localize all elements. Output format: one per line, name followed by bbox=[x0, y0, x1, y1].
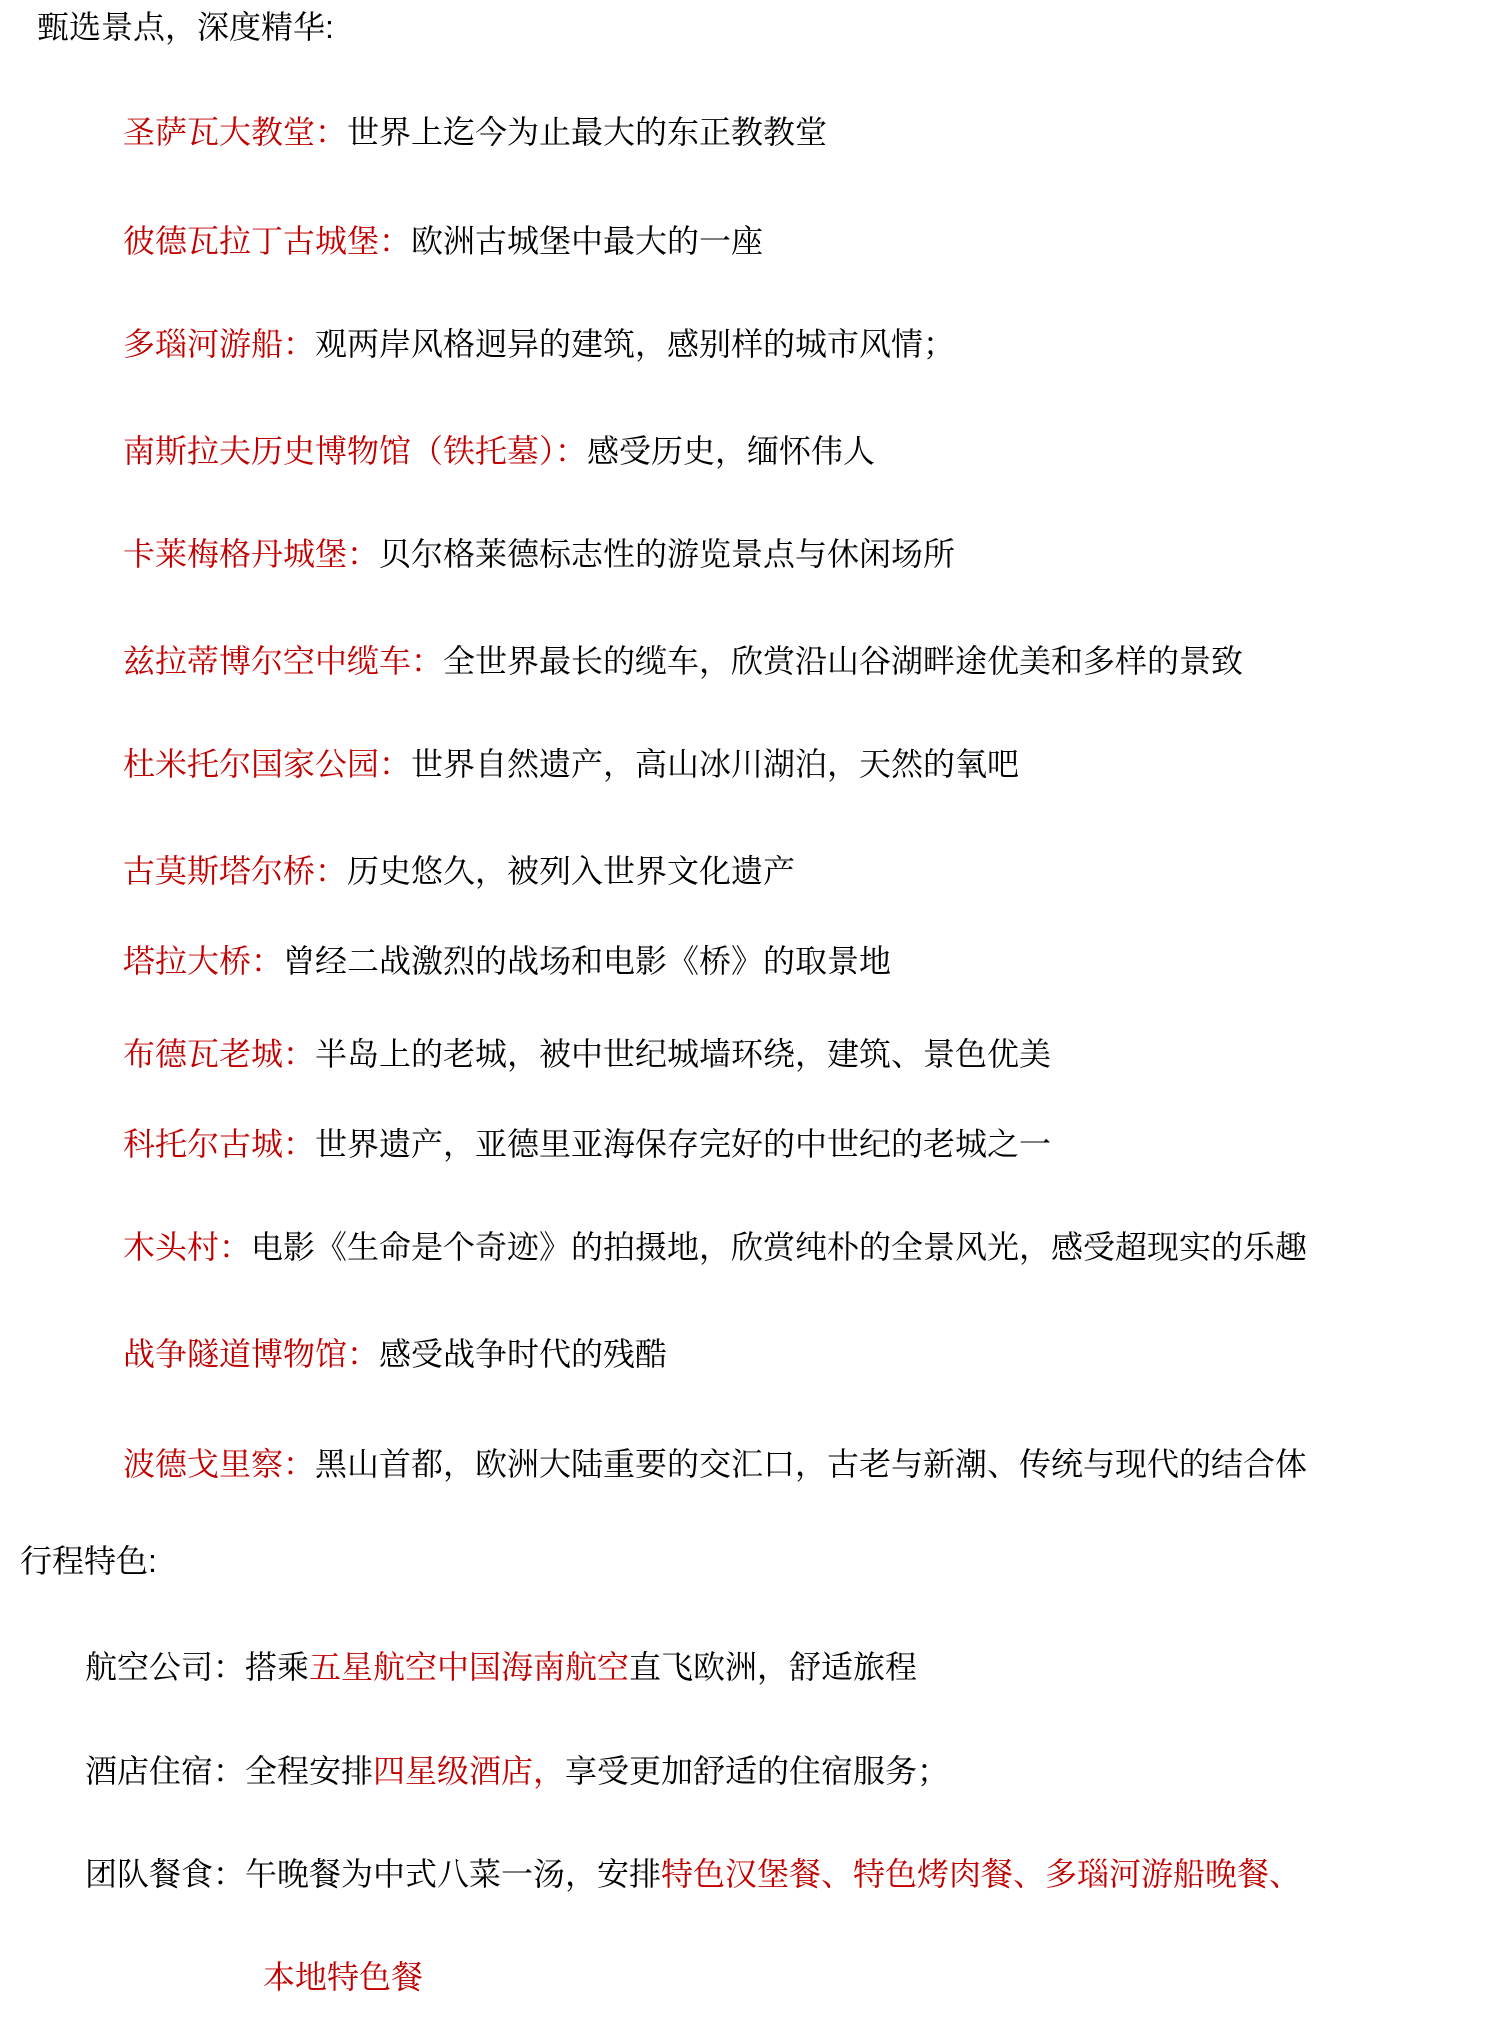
attraction-name: 科托尔古城： bbox=[123, 1126, 315, 1162]
attraction-desc: 半岛上的老城，被中世纪城墙环绕，建筑、景色优美 bbox=[315, 1036, 1051, 1072]
attraction-desc: 贝尔格莱德标志性的游览景点与休闲场所 bbox=[379, 536, 955, 572]
attraction-desc: 世界自然遗产，高山冰川湖泊，天然的氧吧 bbox=[411, 746, 1019, 782]
attraction-desc: 欧洲古城堡中最大的一座 bbox=[411, 223, 763, 259]
attraction-name: 布德瓦老城： bbox=[123, 1036, 315, 1072]
attraction-item: 南斯拉夫历史博物馆（铁托墓）：感受历史，缅怀伟人 bbox=[123, 433, 875, 470]
attraction-name: 兹拉蒂博尔空中缆车： bbox=[123, 643, 443, 679]
feature-item: 航空公司：搭乘五星航空中国海南航空直飞欧洲，舒适旅程 bbox=[85, 1649, 917, 1686]
attraction-desc: 世界上迄今为止最大的东正教教堂 bbox=[347, 114, 827, 150]
attraction-desc: 历史悠久，被列入世界文化遗产 bbox=[347, 853, 795, 889]
attraction-name: 塔拉大桥： bbox=[123, 943, 283, 979]
feature-continuation: 本地特色餐 bbox=[263, 1959, 423, 1995]
feature-label: 航空公司： bbox=[85, 1649, 245, 1685]
attraction-item: 塔拉大桥：曾经二战激烈的战场和电影《桥》的取景地 bbox=[123, 943, 891, 980]
feature-pre: 搭乘 bbox=[245, 1649, 309, 1685]
feature-pre: 午晚餐为中式八菜一汤，安排 bbox=[245, 1856, 661, 1892]
attraction-name: 南斯拉夫历史博物馆（铁托墓）： bbox=[123, 433, 587, 469]
feature-item-continuation: 本地特色餐 bbox=[263, 1959, 423, 1996]
attraction-desc: 电影《生命是个奇迹》的拍摄地，欣赏纯朴的全景风光，感受超现实的乐趣 bbox=[251, 1229, 1307, 1265]
attraction-item: 兹拉蒂博尔空中缆车：全世界最长的缆车，欣赏沿山谷湖畔途优美和多样的景致 bbox=[123, 643, 1243, 680]
feature-pre: 全程安排 bbox=[245, 1753, 373, 1789]
attraction-desc: 全世界最长的缆车，欣赏沿山谷湖畔途优美和多样的景致 bbox=[443, 643, 1243, 679]
attraction-desc: 世界遗产，亚德里亚海保存完好的中世纪的老城之一 bbox=[315, 1126, 1051, 1162]
attraction-name: 战争隧道博物馆： bbox=[123, 1336, 379, 1372]
attractions-heading: 甄选景点，深度精华: bbox=[37, 9, 334, 46]
attraction-item: 战争隧道博物馆：感受战争时代的残酷 bbox=[123, 1336, 667, 1373]
attraction-desc: 感受历史，缅怀伟人 bbox=[587, 433, 875, 469]
attraction-desc: 感受战争时代的残酷 bbox=[379, 1336, 667, 1372]
attraction-name: 彼德瓦拉丁古城堡： bbox=[123, 223, 411, 259]
attraction-item: 卡莱梅格丹城堡：贝尔格莱德标志性的游览景点与休闲场所 bbox=[123, 536, 955, 573]
features-heading: 行程特色: bbox=[20, 1543, 157, 1580]
attraction-item: 圣萨瓦大教堂：世界上迄今为止最大的东正教教堂 bbox=[123, 114, 827, 151]
feature-label: 酒店住宿： bbox=[85, 1753, 245, 1789]
attraction-name: 古莫斯塔尔桥： bbox=[123, 853, 347, 889]
feature-post: 直飞欧洲，舒适旅程 bbox=[629, 1649, 917, 1685]
feature-post: 享受更加舒适的住宿服务； bbox=[565, 1753, 949, 1789]
feature-highlight: 特色汉堡餐、特色烤肉餐、多瑙河游船晚餐、 bbox=[661, 1856, 1301, 1892]
feature-item: 团队餐食：午晚餐为中式八菜一汤，安排特色汉堡餐、特色烤肉餐、多瑙河游船晚餐、 bbox=[85, 1856, 1301, 1893]
attraction-desc: 观两岸风格迥异的建筑，感别样的城市风情； bbox=[315, 326, 955, 362]
attraction-item: 古莫斯塔尔桥：历史悠久，被列入世界文化遗产 bbox=[123, 853, 795, 890]
attraction-item: 彼德瓦拉丁古城堡：欧洲古城堡中最大的一座 bbox=[123, 223, 763, 260]
attraction-item: 木头村：电影《生命是个奇迹》的拍摄地，欣赏纯朴的全景风光，感受超现实的乐趣 bbox=[123, 1229, 1307, 1266]
feature-highlight: 四星级酒店， bbox=[373, 1753, 565, 1789]
attraction-item: 布德瓦老城：半岛上的老城，被中世纪城墙环绕，建筑、景色优美 bbox=[123, 1036, 1051, 1073]
attraction-name: 杜米托尔国家公园： bbox=[123, 746, 411, 782]
attraction-name: 圣萨瓦大教堂： bbox=[123, 114, 347, 150]
attraction-name: 多瑙河游船： bbox=[123, 326, 315, 362]
attraction-name: 木头村： bbox=[123, 1229, 251, 1265]
feature-item: 酒店住宿：全程安排四星级酒店，享受更加舒适的住宿服务； bbox=[85, 1753, 949, 1790]
attraction-item: 科托尔古城：世界遗产，亚德里亚海保存完好的中世纪的老城之一 bbox=[123, 1126, 1051, 1163]
feature-label: 团队餐食： bbox=[85, 1856, 245, 1892]
attraction-name: 卡莱梅格丹城堡： bbox=[123, 536, 379, 572]
feature-highlight: 五星航空中国海南航空 bbox=[309, 1649, 629, 1685]
attraction-item: 多瑙河游船：观两岸风格迥异的建筑，感别样的城市风情； bbox=[123, 326, 955, 363]
attraction-item: 杜米托尔国家公园：世界自然遗产，高山冰川湖泊，天然的氧吧 bbox=[123, 746, 1019, 783]
attraction-name: 波德戈里察： bbox=[123, 1446, 315, 1482]
attraction-desc: 曾经二战激烈的战场和电影《桥》的取景地 bbox=[283, 943, 891, 979]
attraction-item: 波德戈里察：黑山首都，欧洲大陆重要的交汇口，古老与新潮、传统与现代的结合体 bbox=[123, 1446, 1307, 1483]
attraction-desc: 黑山首都，欧洲大陆重要的交汇口，古老与新潮、传统与现代的结合体 bbox=[315, 1446, 1307, 1482]
